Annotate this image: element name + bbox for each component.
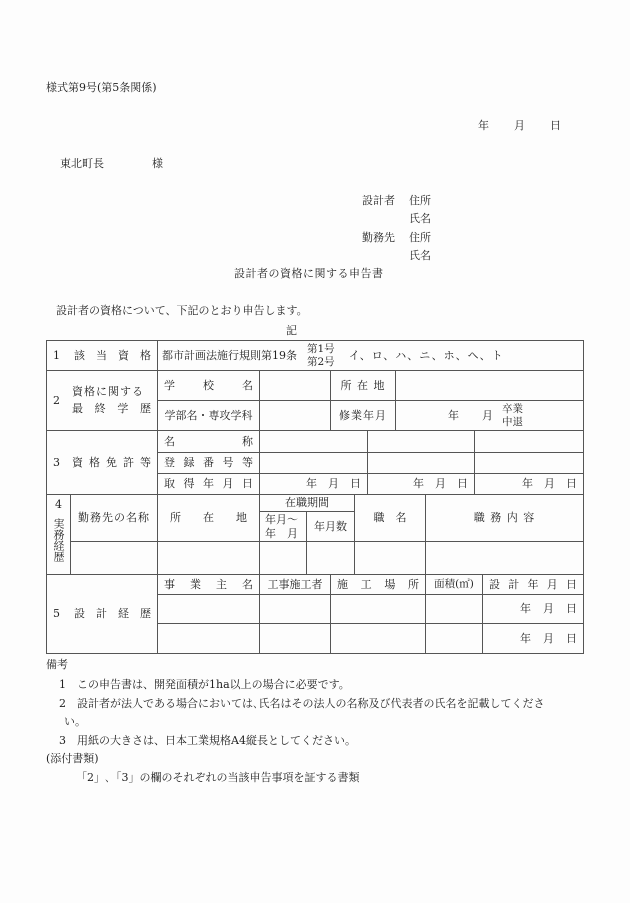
design-date-field-1[interactable]: 年月日 — [483, 595, 583, 623]
duties-header: 職 務 内 容 — [426, 495, 583, 541]
location-label: 所 在 地 — [331, 371, 395, 400]
withdrawn-option[interactable]: 中退 — [502, 416, 523, 428]
job-title-field[interactable] — [355, 542, 425, 574]
note-item-1: 1 この申告書は、開発面積が1ha以上の場合に必要です。 — [59, 679, 350, 690]
project-owner-field-1[interactable] — [158, 595, 259, 623]
row4-label: 4 実務経歴 — [47, 495, 70, 574]
construction-site-header: 施工場所 — [331, 575, 425, 594]
design-date-field-2[interactable]: 年月日 — [483, 624, 583, 653]
intro-text: 設計者の資格について、下記のとおり申告します。 — [56, 305, 308, 316]
acquisition-date-field-3[interactable]: 年月日 — [475, 474, 583, 494]
work-location-field[interactable] — [158, 542, 259, 574]
employer-label: 勤務先 — [362, 232, 395, 243]
faculty-label: 学部名・専攻学科 — [158, 401, 259, 430]
contractor-header: 工事施工者 — [260, 575, 330, 594]
registration-field-3[interactable] — [475, 453, 583, 473]
area-field-2[interactable] — [426, 624, 482, 653]
row3-label: 3 資格免許等 — [47, 431, 157, 494]
date-day-label: 日 — [550, 120, 561, 131]
date-month-label: 月 — [514, 120, 525, 131]
employer-name-field[interactable] — [71, 542, 157, 574]
job-title-header: 職 名 — [355, 495, 425, 541]
registration-field-2[interactable] — [368, 453, 474, 473]
attachments-text: 「2」､「3」の欄のそれぞれの当該申告事項を証する書類 — [76, 772, 360, 783]
ki-label: 記 — [286, 325, 297, 336]
row2-label: 2 資格に関する 最終学歴 — [47, 371, 157, 430]
school-location-field[interactable] — [396, 371, 583, 400]
duties-field[interactable] — [426, 542, 583, 574]
work-location-header: 所在地 — [158, 495, 259, 541]
row5-label: 5 設計経歴 — [47, 575, 157, 653]
registration-field-1[interactable] — [260, 453, 367, 473]
construction-site-field-1[interactable] — [331, 595, 425, 623]
design-date-header: 設計年月日 — [483, 575, 583, 594]
note-item-2: 2 設計者が法人である場合においては､氏名はその法人の名称及び代表者の氏名を記載… — [59, 698, 545, 709]
area-header: 面積(㎡) — [426, 575, 482, 594]
license-name-label: 名称 — [158, 431, 259, 452]
employer-address-label: 住所 — [409, 232, 431, 243]
project-owner-field-2[interactable] — [158, 624, 259, 653]
acquisition-date-label: 取得年月日 — [158, 474, 259, 494]
graduated-option[interactable]: 卒業 — [502, 403, 523, 415]
note-item-3: 3 用紙の大きさは、日本工業規格A4縦長としてください。 — [59, 735, 356, 746]
completion-label: 修業年月 — [331, 401, 395, 430]
contractor-field-1[interactable] — [260, 595, 330, 623]
period-years-field[interactable] — [307, 542, 354, 574]
project-owner-header: 事業主名 — [158, 575, 259, 594]
designer-address-label: 住所 — [409, 195, 431, 206]
acquisition-date-field-2[interactable]: 年月日 — [368, 474, 474, 494]
registration-number-label: 登録番号等 — [158, 453, 259, 473]
document-title: 設計者の資格に関する申告書 — [234, 268, 384, 279]
completion-field[interactable]: 年 月 卒業 中退 — [396, 401, 583, 430]
attachments-heading: (添付書類) — [46, 753, 99, 764]
contractor-field-2[interactable] — [260, 624, 330, 653]
employment-period-header: 在職期間 — [260, 495, 354, 511]
employer-name-label: 氏名 — [409, 250, 431, 261]
license-name-field-3[interactable] — [475, 431, 583, 452]
faculty-field[interactable] — [260, 401, 330, 430]
acquisition-date-field-1[interactable]: 年月日 — [260, 474, 367, 494]
date-year-label: 年 — [478, 120, 489, 131]
school-name-field[interactable] — [260, 371, 330, 400]
addressee: 東北町長 — [60, 158, 104, 169]
designer-name-label: 氏名 — [409, 213, 431, 224]
period-range-field[interactable] — [260, 542, 306, 574]
form-number: 様式第9号(第5条関係) — [46, 82, 157, 93]
construction-site-field-2[interactable] — [331, 624, 425, 653]
row1-qualification: 都市計画法施行規則第19条 第1号第2号 イ、ロ、ハ、ニ、ホ、ヘ、ト — [158, 341, 583, 370]
note-item-2-cont: い。 — [64, 716, 86, 727]
employer-name-header: 勤務先の名称 — [71, 495, 157, 541]
area-field-1[interactable] — [426, 595, 482, 623]
school-name-label: 学校名 — [158, 371, 259, 400]
designer-label: 設計者 — [362, 195, 395, 206]
row1-label: 1 該当資格 — [47, 341, 157, 370]
license-name-field-2[interactable] — [368, 431, 474, 452]
license-name-field-1[interactable] — [260, 431, 367, 452]
notes-heading: 備考 — [46, 659, 68, 670]
period-range-header: 年月～ 年 月 — [260, 512, 306, 541]
period-years-header: 年月数 — [307, 512, 354, 541]
addressee-suffix: 様 — [152, 158, 163, 169]
